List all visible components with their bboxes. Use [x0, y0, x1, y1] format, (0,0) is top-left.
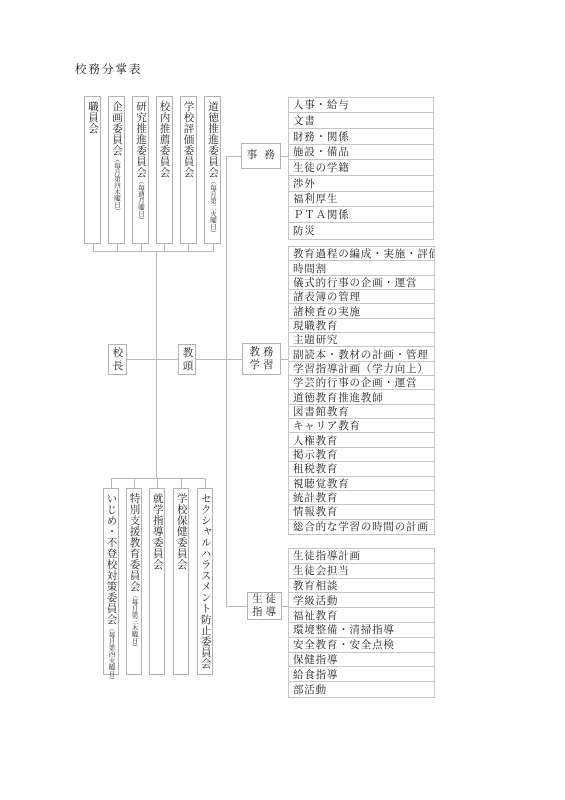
duty-item: 現職教育	[289, 319, 434, 333]
connector-line	[205, 478, 206, 489]
bottom-committee-2: 就学指導委員会	[149, 488, 165, 675]
duty-item: 福利厚生	[289, 192, 433, 208]
duty-item: 道徳教育推進教師	[289, 390, 434, 404]
connector-line	[134, 478, 135, 489]
duty-item: 渉外	[289, 176, 433, 192]
connector-line	[93, 251, 214, 252]
category-box-student-guidance: 生徒 指導	[247, 592, 282, 620]
duty-item: 生徒の学籍	[289, 160, 433, 176]
duty-item: 人事・給与	[289, 98, 433, 114]
bottom-committee-0: いじめ・不登校対策委員会（毎月第四火曜日）	[103, 488, 119, 675]
committee-schedule: （毎月第四木曜日）	[113, 156, 120, 215]
committee-vertical-text: 研究推進委員会（毎週月曜日）	[133, 101, 148, 243]
duty-item: 統計教育	[289, 491, 434, 505]
bottom-committee-4: セクシャルハラスメント防止委員会	[197, 488, 213, 675]
duty-item: 学級活動	[289, 593, 434, 608]
connector-line	[181, 478, 182, 489]
connector-line	[111, 478, 206, 479]
duty-item: 教育過程の編成・実施・評価	[289, 247, 434, 261]
org-chart: 校務分掌表 職員会企画委員会（毎月第四木曜日）研究推進委員会（毎週月曜日）校内推…	[0, 0, 565, 800]
committee-schedule: （毎月第二火曜日）	[209, 178, 216, 237]
duty-item: 租税教育	[289, 462, 434, 476]
committee-vertical-text: 道徳推進委員会（毎月第二火曜日）	[205, 101, 220, 243]
committee-name: いじめ・不登校対策委員会	[106, 493, 117, 625]
vice-principal-box: 教頭	[178, 344, 196, 375]
committee-name: 校内推薦委員会	[159, 101, 170, 178]
duty-item: 防災	[289, 223, 433, 239]
committee-name: 学校保健委員会	[176, 493, 187, 570]
duty-item: 諸表簿の管理	[289, 290, 434, 304]
duty-list-administration: 人事・給与文書財務・関係施設・備品生徒の学籍渉外福利厚生ＰＴＡ関係防災	[288, 97, 434, 240]
vice-principal-label: 教頭	[179, 347, 196, 373]
category-label: 指導	[249, 606, 279, 619]
committee-name: 職員会	[87, 101, 98, 134]
duty-item: 文書	[289, 113, 433, 129]
duty-item: 安全教育・安全点検	[289, 638, 434, 653]
committee-name: 道徳推進委員会	[207, 101, 218, 178]
committee-name: 企画委員会	[111, 101, 122, 156]
committee-name: セクシャルハラスメント防止委員会	[200, 493, 211, 669]
committee-vertical-text: 企画委員会（毎月第四木曜日）	[109, 101, 124, 243]
connector-line	[156, 251, 157, 479]
top-committee-2: 研究推進委員会（毎週月曜日）	[132, 96, 149, 244]
duty-item: 生徒指導計画	[289, 549, 434, 564]
category-label: 教務	[247, 346, 277, 359]
category-label: 学習	[247, 359, 277, 372]
committee-vertical-text: 校内推薦委員会	[157, 101, 172, 243]
duty-item: 施設・備品	[289, 145, 433, 161]
duty-item: 生徒会担当	[289, 564, 434, 579]
category-box-administration: 事務	[241, 143, 281, 169]
top-committee-3: 校内推薦委員会	[156, 96, 173, 244]
committee-vertical-text: 職員会	[85, 101, 100, 243]
committee-schedule: （毎月第三木曜日）	[131, 592, 138, 651]
duty-item: 教育相談	[289, 579, 434, 594]
duty-item: 主題研究	[289, 333, 434, 347]
committee-name: 研究推進委員会	[135, 101, 146, 178]
committee-schedule: （毎月第四火曜日）	[108, 625, 115, 684]
committee-vertical-text: 就学指導委員会	[150, 493, 165, 674]
duty-item: 掲示教育	[289, 448, 434, 462]
committee-vertical-text: 特別支援教育委員会（毎月第三木曜日）	[127, 493, 142, 674]
duty-item: 部活動	[289, 682, 434, 697]
top-committee-4: 学校評価委員会	[180, 96, 197, 244]
duty-item: ＰＴＡ関係	[289, 207, 433, 223]
committee-name: 特別支援教育委員会	[129, 493, 140, 592]
principal-label: 校長	[109, 347, 126, 373]
duty-item: 人権教育	[289, 433, 434, 447]
duty-list-academic: 教育過程の編成・実施・評価時間割儀式的行事の企画・運営諸表簿の管理諸検査の実施現…	[288, 246, 435, 535]
duty-item: 総合的な学習の時間の計画	[289, 520, 434, 534]
duty-item: 福祉教育	[289, 608, 434, 623]
duty-item: 保健指導	[289, 653, 434, 668]
connector-line	[226, 156, 227, 607]
committee-name: 学校評価委員会	[183, 101, 194, 178]
connector-line	[111, 478, 112, 489]
committee-vertical-text: 学校保健委員会	[174, 493, 189, 674]
duty-item: 学芸的行事の企画・運営	[289, 376, 434, 390]
duty-item: 視聴覚教育	[289, 477, 434, 491]
committee-vertical-text: 学校評価委員会	[181, 101, 196, 243]
category-box-academic: 教務 学習	[242, 343, 281, 375]
duty-item: 諸検査の実施	[289, 304, 434, 318]
principal-box: 校長	[108, 344, 127, 375]
top-committee-1: 企画委員会（毎月第四木曜日）	[108, 96, 125, 244]
duty-list-student-guidance: 生徒指導計画生徒会担当教育相談学級活動福祉教育環境整備・清掃指導安全教育・安全点…	[288, 548, 435, 698]
connector-line	[157, 478, 158, 489]
duty-item: 学習指導計画（学力向上）	[289, 362, 434, 376]
duty-item: 図書館教育	[289, 405, 434, 419]
committee-vertical-text: セクシャルハラスメント防止委員会	[198, 493, 213, 674]
bottom-committee-3: 学校保健委員会	[173, 488, 189, 675]
top-committee-5: 道徳推進委員会（毎月第二火曜日）	[204, 96, 221, 244]
duty-item: 情報教育	[289, 505, 434, 519]
duty-item: 給食指導	[289, 667, 434, 682]
duty-item: 副読本・教材の計画・管理	[289, 347, 434, 361]
category-label: 生徒	[249, 593, 279, 606]
duty-item: 財務・関係	[289, 129, 433, 145]
top-committee-0: 職員会	[84, 96, 101, 244]
duty-item: 儀式的行事の企画・運営	[289, 276, 434, 290]
chart-title: 校務分掌表	[75, 61, 143, 77]
duty-item: キャリア教育	[289, 419, 434, 433]
committee-name: 就学指導委員会	[152, 493, 163, 570]
category-label: 事務	[240, 149, 282, 162]
bottom-committee-1: 特別支援教育委員会（毎月第三木曜日）	[126, 488, 142, 675]
committee-schedule: （毎週月曜日）	[137, 178, 144, 224]
committee-vertical-text: いじめ・不登校対策委員会（毎月第四火曜日）	[104, 493, 119, 674]
duty-item: 時間割	[289, 261, 434, 275]
duty-item: 環境整備・清掃指導	[289, 623, 434, 638]
